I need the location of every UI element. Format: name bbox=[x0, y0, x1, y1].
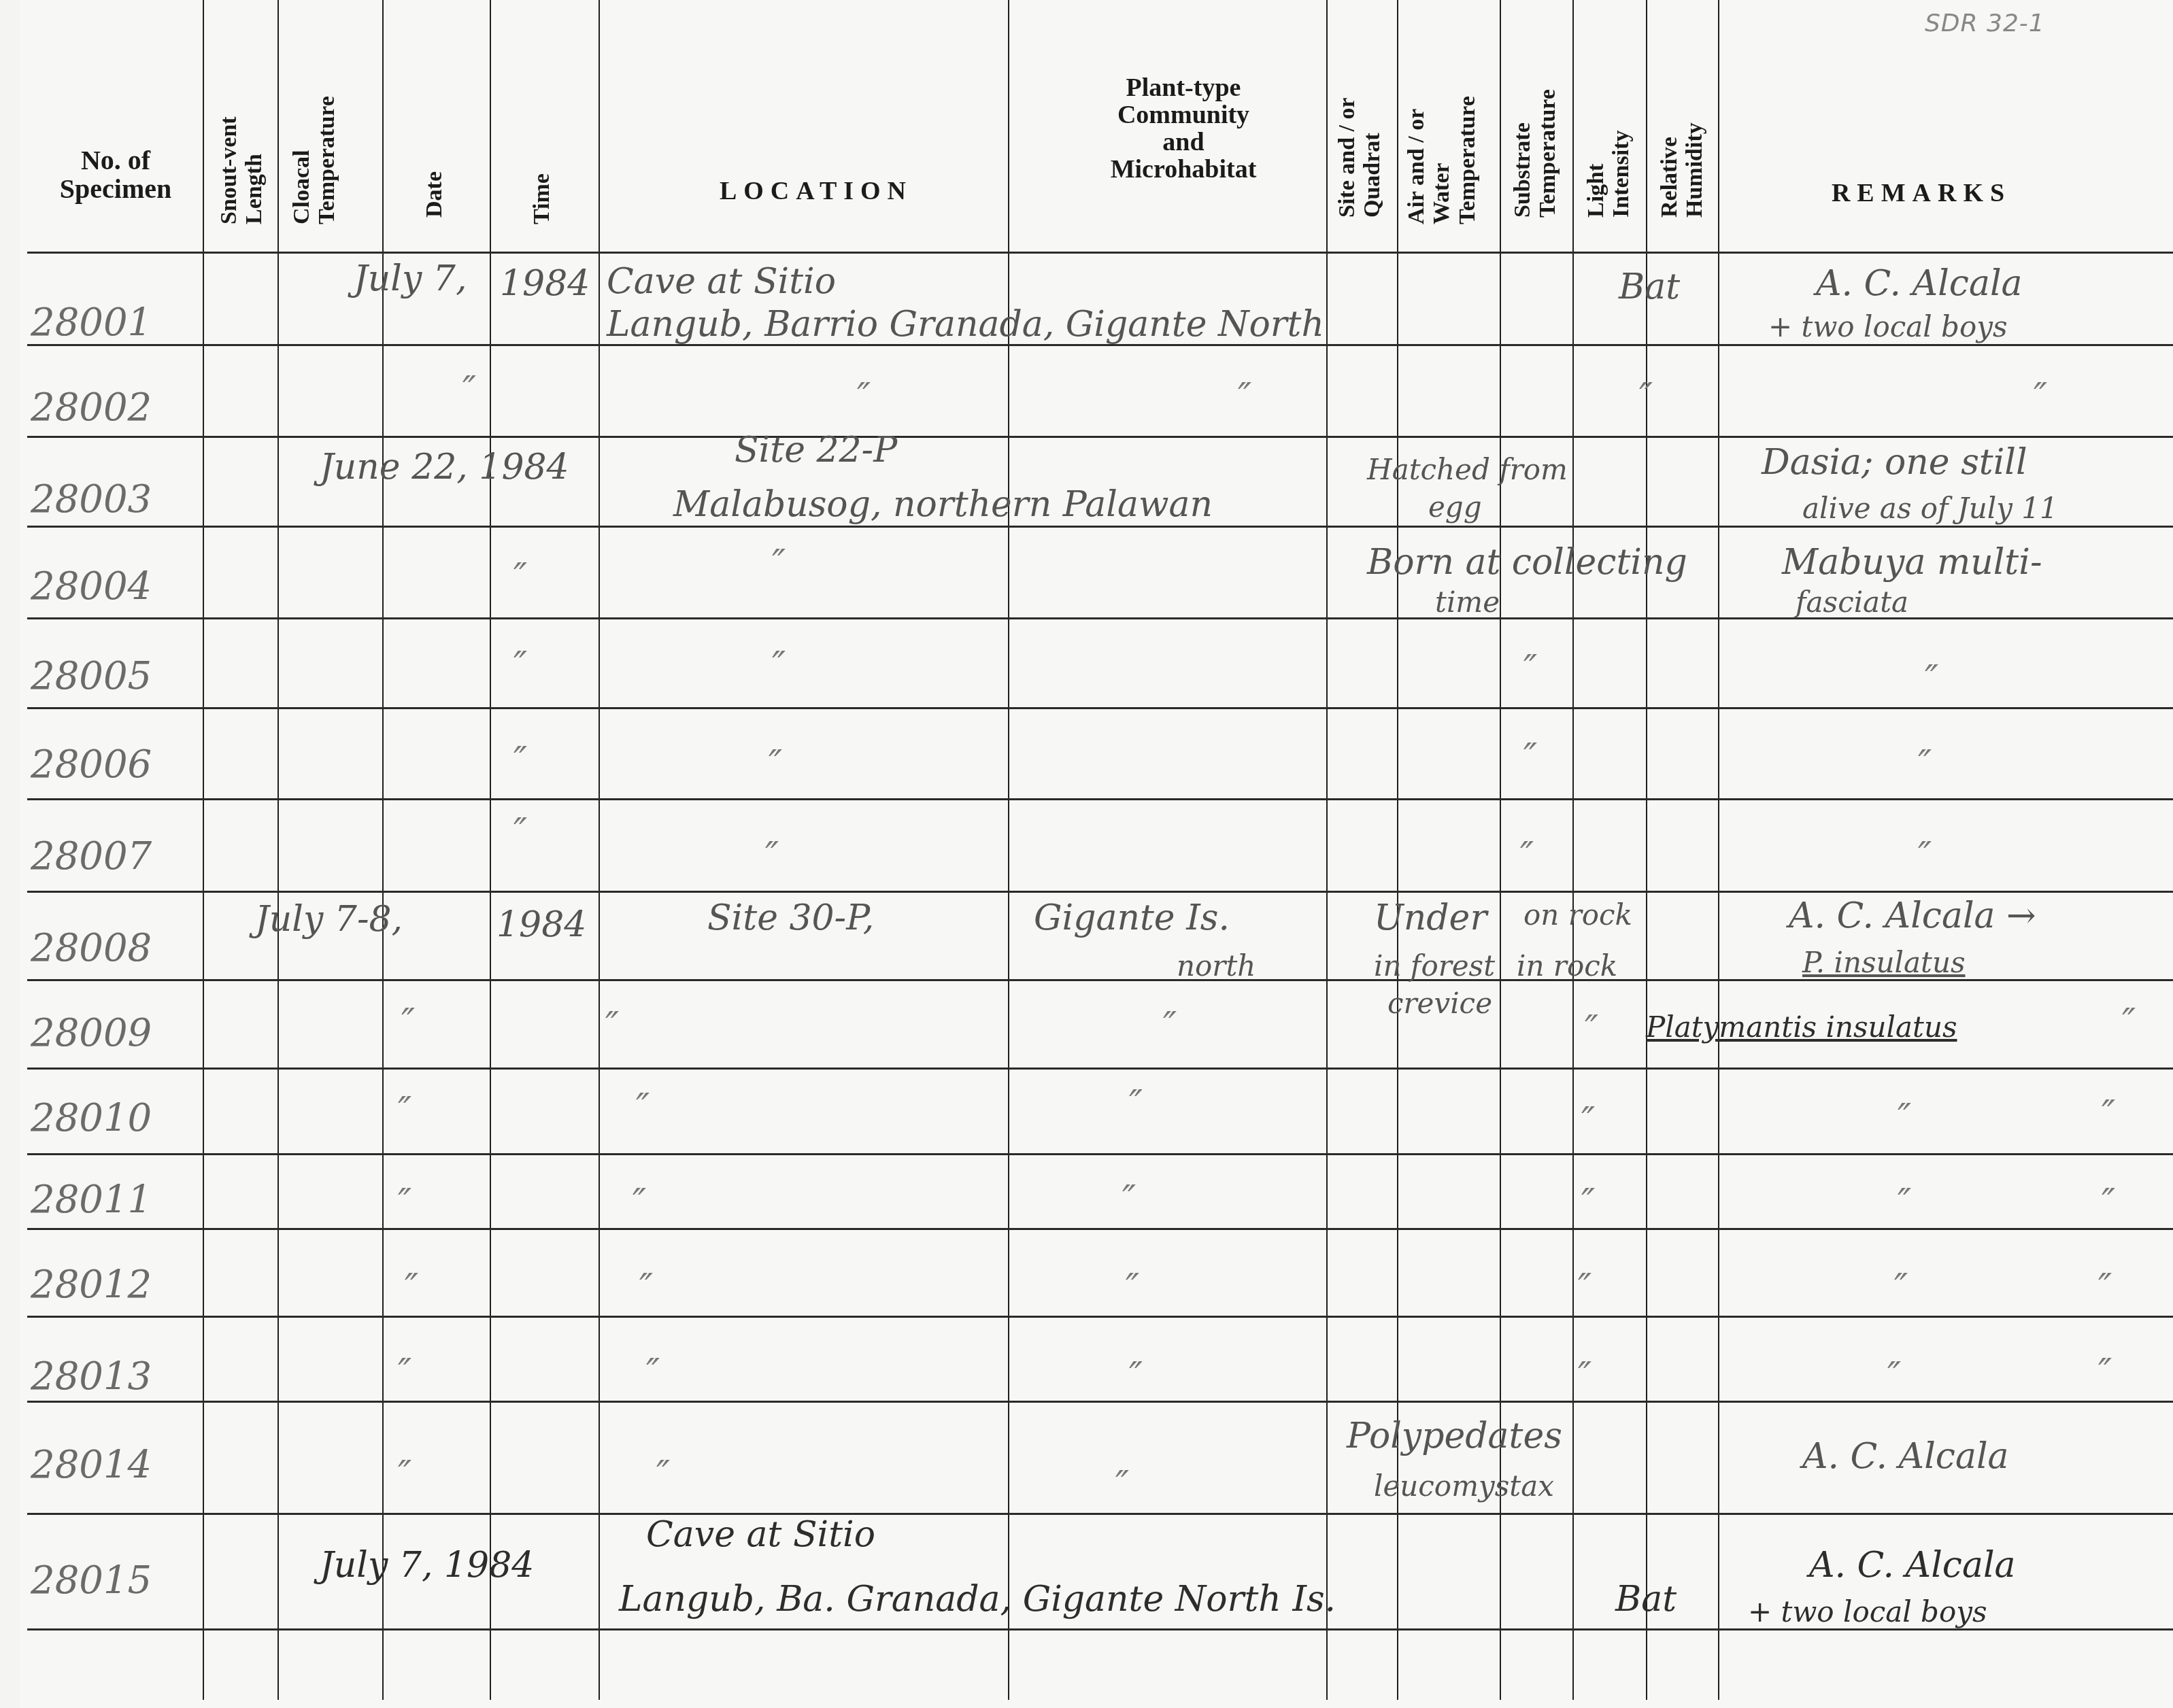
remarks-line-2: alive as of July 11 bbox=[1802, 491, 2058, 527]
remarks-ditto: ″ bbox=[1894, 1265, 1908, 1311]
remarks-ditto: ″ bbox=[1925, 656, 1938, 702]
remarks-ditto: ″ bbox=[1918, 833, 1932, 879]
header-plant-type: Plant-type Community and Microhabitat bbox=[1047, 75, 1319, 184]
header-substrate-temperature: Substrate Temperature bbox=[1510, 34, 1561, 218]
time-ditto: ″ bbox=[513, 809, 527, 855]
time-ditto: ″ bbox=[633, 1180, 646, 1226]
time-ditto: ″ bbox=[639, 1265, 653, 1311]
location-ditto: ″ bbox=[857, 374, 871, 420]
column-divider bbox=[1326, 0, 1328, 1700]
date-ditto: ″ bbox=[401, 1000, 415, 1046]
location-line-2: Langub, Ba. Granada, Gigante North Is. bbox=[619, 1577, 1336, 1622]
site-line-1: Polypedates bbox=[1347, 1414, 1562, 1458]
time-ditto: ″ bbox=[605, 1003, 619, 1049]
plant-ditto: ″ bbox=[1129, 1081, 1143, 1127]
substrate-ditto: ″ bbox=[1523, 646, 1537, 692]
remarks-ditto: ″ bbox=[2034, 374, 2047, 420]
substrate-ditto: ″ bbox=[1578, 1265, 1591, 1311]
location-value: Site 30-P, bbox=[707, 896, 874, 940]
specimen-number: 28006 bbox=[31, 741, 152, 789]
time-value: 1984 bbox=[496, 903, 586, 947]
header-time: Time bbox=[529, 136, 554, 224]
date-value: July 7-8, bbox=[255, 898, 403, 942]
substrate-ditto: ″ bbox=[1585, 1006, 1598, 1053]
column-divider bbox=[490, 0, 491, 1700]
substrate-ditto: ″ bbox=[1581, 1098, 1595, 1144]
remarks-ditto: ″ bbox=[1887, 1353, 1901, 1399]
column-divider bbox=[1646, 0, 1647, 1700]
header-relative-humidity: Relative Humidity bbox=[1657, 88, 1708, 218]
site-line-1: Born at collecting bbox=[1367, 541, 1687, 585]
location-ditto: ″ bbox=[772, 541, 786, 587]
time-ditto: ″ bbox=[513, 738, 527, 784]
specimen-number: 28005 bbox=[31, 653, 152, 700]
site-line-1: Under bbox=[1374, 896, 1487, 940]
header-snout-vent-length: Snout-vent Length bbox=[216, 68, 267, 224]
plant-ditto: ″ bbox=[1122, 1176, 1136, 1223]
remarks-ditto: ″ bbox=[2098, 1265, 2112, 1311]
row-rule bbox=[27, 707, 2173, 709]
specimen-number: 28002 bbox=[31, 384, 152, 432]
date-ditto: ″ bbox=[405, 1265, 418, 1311]
header-light-intensity: Light Intensity bbox=[1583, 88, 1634, 218]
substrate-line-2: in rock bbox=[1517, 949, 1617, 985]
row-rule bbox=[27, 1228, 2173, 1230]
remarks-ditto: ″ bbox=[1898, 1095, 1911, 1141]
header-location: LOCATION bbox=[701, 178, 932, 205]
sheet-reference-mark: SDR 32-1 bbox=[1925, 10, 2045, 37]
date-value: June 22, 1984 bbox=[320, 445, 569, 490]
row-rule bbox=[27, 1067, 2173, 1070]
substrate-line-1: on rock bbox=[1523, 898, 1632, 934]
light-ditto: ″ bbox=[1639, 374, 1653, 420]
substrate-ditto: ″ bbox=[1578, 1353, 1591, 1399]
date-ditto: ″ bbox=[398, 1350, 411, 1396]
remarks-ditto: ″ bbox=[2122, 1000, 2136, 1046]
light-value: Bat bbox=[1619, 265, 1680, 309]
remarks-value: A. C. Alcala bbox=[1802, 1435, 2009, 1479]
plant-ditto: ″ bbox=[1126, 1265, 1139, 1311]
column-divider bbox=[1572, 0, 1574, 1700]
specimen-number: 28008 bbox=[31, 925, 152, 972]
column-divider bbox=[277, 0, 279, 1700]
remarks-line-1: Dasia; one still bbox=[1762, 441, 2027, 485]
row-rule bbox=[27, 798, 2173, 800]
header-air-water-temperature: Air and / or Water Temperature bbox=[1404, 34, 1480, 224]
header-rule bbox=[27, 252, 2173, 254]
location-line-1: Cave at Sitio bbox=[646, 1513, 875, 1557]
specimen-number: 28004 bbox=[31, 563, 152, 611]
row-rule bbox=[27, 891, 2173, 893]
remarks-line-2: P. insulatus bbox=[1802, 945, 1966, 981]
remarks-line-1: A. C. Alcala → bbox=[1789, 894, 2036, 938]
remarks-line-1: A. C. Alcala bbox=[1809, 1543, 2016, 1588]
remarks-line-2: + two local boys bbox=[1748, 1594, 1987, 1630]
time-ditto: ″ bbox=[636, 1084, 650, 1131]
location-ditto: ″ bbox=[772, 643, 786, 689]
location-ditto: ″ bbox=[765, 833, 779, 879]
time-ditto: ″ bbox=[513, 643, 527, 689]
remarks-ditto: ″ bbox=[2098, 1350, 2112, 1396]
substrate-ditto: ″ bbox=[1523, 734, 1537, 781]
specimen-number: 28007 bbox=[31, 833, 152, 881]
plant-line-1: Gigante Is. bbox=[1034, 896, 1230, 940]
date-ditto: ″ bbox=[462, 367, 476, 413]
site-line-2: leucomystax bbox=[1374, 1469, 1554, 1505]
specimen-number: 28010 bbox=[31, 1095, 152, 1142]
site-line-2: time bbox=[1435, 585, 1500, 621]
specimen-number: 28014 bbox=[31, 1441, 152, 1489]
location-line-1: Site 22-P bbox=[735, 428, 897, 473]
specimen-number: 28009 bbox=[31, 1010, 152, 1057]
row-rule bbox=[27, 1153, 2173, 1155]
site-line-3: crevice bbox=[1387, 986, 1492, 1022]
date-value: July 7, bbox=[354, 257, 467, 301]
header-site-quadrat: Site and / or Quadrat bbox=[1334, 27, 1385, 218]
plant-ditto: ″ bbox=[1129, 1353, 1143, 1399]
time-ditto: ″ bbox=[646, 1350, 660, 1396]
specimen-record-sheet: SDR 32-1 No. of Specimen Snout-vent Leng… bbox=[20, 0, 2173, 1708]
plant-ditto: ″ bbox=[1115, 1462, 1129, 1508]
substrate-ditto: ″ bbox=[1581, 1180, 1595, 1226]
column-divider bbox=[382, 0, 384, 1700]
column-divider bbox=[203, 0, 204, 1700]
location-line-2: Malabusog, northern Palawan bbox=[673, 483, 1213, 527]
substrate-ditto: ″ bbox=[1520, 833, 1534, 879]
plant-ditto: ″ bbox=[1163, 1003, 1177, 1049]
location-ditto: ″ bbox=[769, 741, 782, 787]
time-value: 1984 bbox=[500, 262, 590, 306]
remarks-ditto: ″ bbox=[2102, 1180, 2115, 1226]
specimen-number: 28001 bbox=[31, 299, 152, 347]
light-value: Bat bbox=[1615, 1577, 1677, 1622]
site-line-2: egg bbox=[1428, 490, 1482, 526]
row-rule bbox=[27, 436, 2173, 438]
column-divider bbox=[599, 0, 600, 1700]
specimen-number: 28013 bbox=[31, 1353, 152, 1401]
site-line-2: in forest bbox=[1374, 949, 1495, 985]
column-divider bbox=[1008, 0, 1009, 1700]
header-specimen-no: No. of Specimen bbox=[34, 146, 197, 203]
remarks-ditto: ″ bbox=[2102, 1091, 2115, 1138]
column-divider bbox=[1718, 0, 1719, 1700]
header-date: Date bbox=[422, 136, 447, 218]
date-ditto: ″ bbox=[398, 1180, 411, 1226]
header-cloacal-temperature: Cloacal Temperature bbox=[289, 37, 340, 224]
specimen-number: 28012 bbox=[31, 1261, 152, 1309]
remarks-line-2: fasciata bbox=[1796, 585, 1908, 621]
plant-line-2: north bbox=[1177, 949, 1256, 985]
remarks-line-2: + two local boys bbox=[1768, 309, 2008, 345]
specimen-number: 28015 bbox=[31, 1557, 152, 1605]
date-value: July 7, 1984 bbox=[320, 1543, 534, 1588]
specimen-number: 28003 bbox=[31, 476, 152, 524]
remarks-line-1: Mabuya multi- bbox=[1782, 541, 2042, 585]
specimen-number: 28011 bbox=[31, 1176, 152, 1224]
row-rule bbox=[27, 1316, 2173, 1318]
location-line-1: Cave at Sitio bbox=[607, 260, 836, 304]
time-ditto: ″ bbox=[513, 554, 527, 600]
location-line-2: Langub, Barrio Granada, Gigante North bbox=[607, 303, 1324, 347]
site-line-1: Hatched from bbox=[1367, 452, 1568, 488]
date-ditto: ″ bbox=[398, 1452, 411, 1498]
row-rule bbox=[27, 1401, 2173, 1403]
date-ditto: ″ bbox=[398, 1088, 411, 1134]
plant-ditto: ″ bbox=[1238, 374, 1251, 420]
time-ditto: ″ bbox=[656, 1452, 670, 1498]
remarks-species: Platymantis insulatus bbox=[1646, 1010, 1957, 1046]
header-remarks: REMARKS bbox=[1809, 180, 2034, 207]
row-rule bbox=[27, 1513, 2173, 1515]
remarks-ditto: ″ bbox=[1898, 1180, 1911, 1226]
remarks-line-1: A. C. Alcala bbox=[1816, 262, 2023, 306]
remarks-ditto: ″ bbox=[1918, 741, 1932, 787]
